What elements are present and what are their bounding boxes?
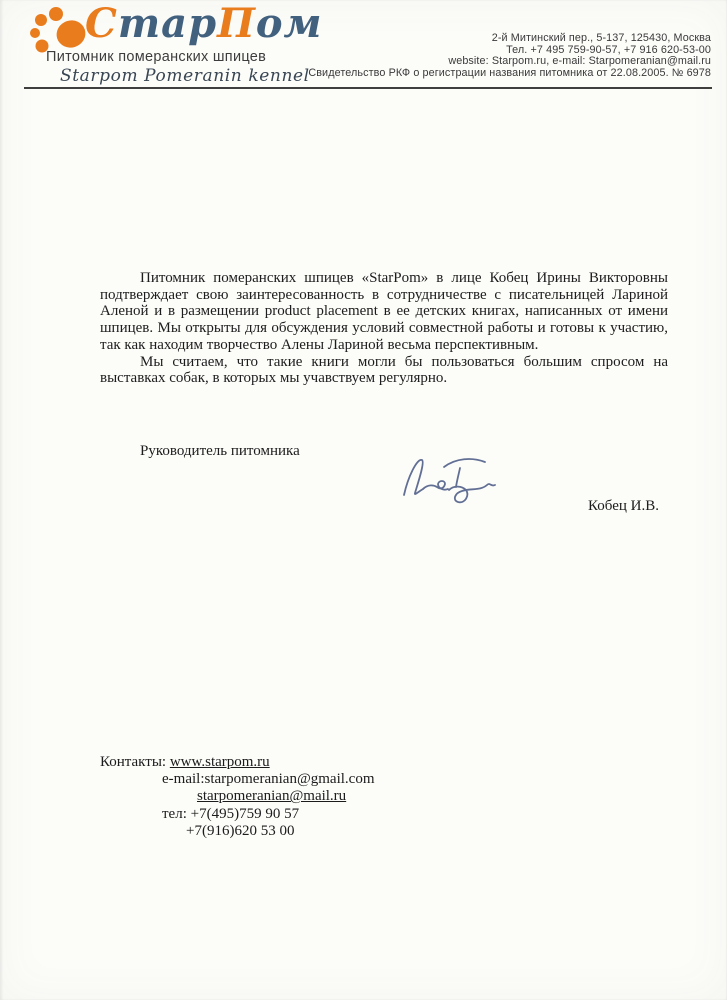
contacts-block: Контакты: www.starpom.ru e-mail:starpome…: [100, 754, 375, 840]
letterhead-contact-block: 2-й Митинский пер., 5-137, 125430, Москв…: [308, 33, 711, 79]
phone-number-1: +7(495)759 90 57: [191, 806, 299, 822]
email-gmail: starpomeranian@gmail.com: [204, 771, 374, 787]
letter-paragraph-1: Питомник померанских шпицев «StarPom» в …: [100, 270, 668, 354]
website-link: www.starpom.ru: [170, 754, 270, 770]
contacts-website-line: Контакты: www.starpom.ru: [100, 754, 375, 771]
scanned-letter-page: СтарПом Питомник померанских шпицев Star…: [0, 0, 727, 1000]
contacts-phone-line-1: тел: +7(495)759 90 57: [162, 806, 375, 823]
letterhead-certificate-line: Свидетельство РКФ о регистрации названия…: [308, 68, 711, 80]
letter-paragraph-2: Мы считаем, что такие книги могли бы пол…: [100, 354, 668, 387]
signer-title: Руководитель питомника: [140, 443, 300, 460]
kennel-subtitle-russian: Питомник померанских шпицев: [46, 49, 266, 65]
kennel-logo-wordmark: СтарПом: [85, 0, 323, 48]
letter-text: Питомник померанских шпицев «StarPom» в …: [100, 270, 668, 387]
handwritten-signature: [392, 447, 517, 517]
contacts-phone-line-2: +7(916)620 53 00: [186, 823, 375, 840]
kennel-subtitle-english: Starpom Pomeranin kennel: [60, 66, 310, 86]
logo-part: С: [85, 0, 118, 47]
logo-part: тар: [118, 0, 217, 47]
contacts-email-line-2: starpomeranian@mail.ru: [197, 788, 375, 805]
phone-label: тел:: [162, 806, 187, 822]
email-mailru: starpomeranian@mail.ru: [197, 788, 346, 804]
logo-part: П: [217, 0, 256, 47]
signer-name: Кобец И.В.: [588, 498, 659, 515]
phone-number-2: +7(916)620 53 00: [186, 823, 294, 839]
contacts-label: Контакты:: [100, 754, 166, 770]
letterhead-address-line: 2-й Митинский пер., 5-137, 125430, Москв…: [308, 33, 711, 45]
contacts-email-line-1: e-mail:starpomeranian@gmail.com: [162, 771, 375, 788]
email-label: e-mail:: [162, 771, 204, 787]
letterhead-divider: [24, 87, 712, 89]
